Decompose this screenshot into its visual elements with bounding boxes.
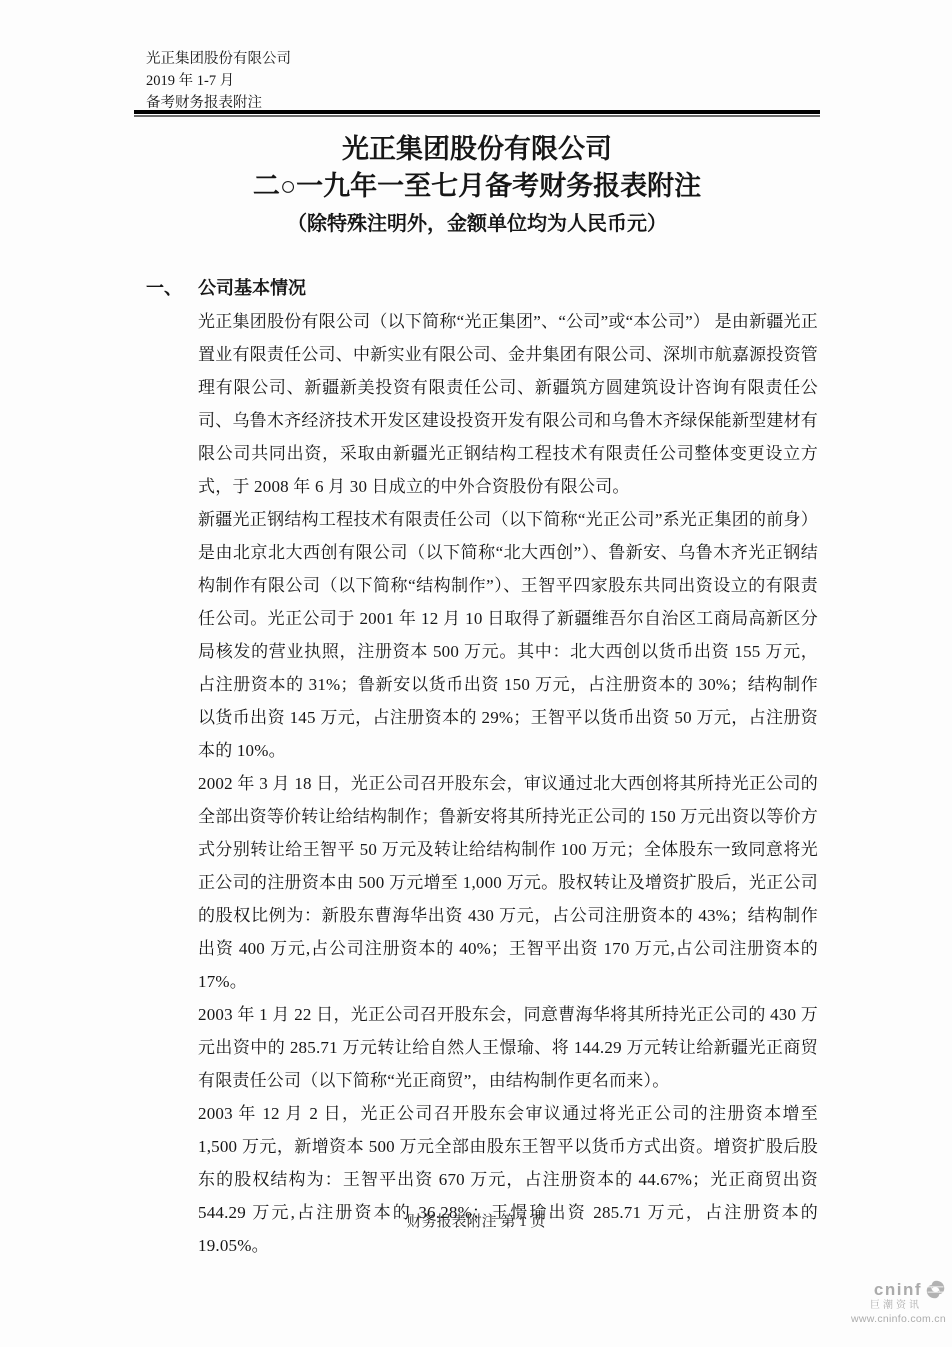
cninfo-chinese-name: 巨潮资讯 <box>826 1300 946 1312</box>
doc-title-company: 光正集团股份有限公司 <box>134 131 820 168</box>
paragraph-company-formation: 光正集团股份有限公司（以下简称“光正集团”、“公司”或“本公司”） 是由新疆光正… <box>198 305 818 503</box>
cninfo-url: www.cninfo.com.cn <box>826 1312 946 1326</box>
section-heading: 一、 公司基本情况 <box>146 272 820 305</box>
header-company-name: 光正集团股份有限公司 <box>146 48 291 70</box>
cninfo-brand-text: cninf <box>874 1280 922 1300</box>
header-report-period: 2019 年 1-7 月 <box>146 70 291 92</box>
doc-currency-note: （除特殊注明外，金额单位均为人民币元） <box>134 208 820 240</box>
doc-title-subtitle: 二○一九年一至七月备考财务报表附注 <box>134 168 820 205</box>
cninfo-brand-row: cninf <box>826 1279 946 1300</box>
paragraph-list: 光正集团股份有限公司（以下简称“光正集团”、“公司”或“本公司”） 是由新疆光正… <box>198 305 818 1262</box>
cninfo-swirl-icon <box>925 1279 946 1300</box>
document-body: 一、 公司基本情况 光正集团股份有限公司（以下简称“光正集团”、“公司”或“本公… <box>146 272 820 1262</box>
header-divider-rule <box>134 110 820 115</box>
page-footer-pagenumber: 财务报表附注 第 1 页 <box>0 1210 952 1231</box>
section-title: 公司基本情况 <box>198 272 306 305</box>
cninfo-watermark: cninf 巨潮资讯 www.cninfo.com.cn <box>826 1279 946 1326</box>
paragraph-2003-jan-transfer: 2003 年 1 月 22 日，光正公司召开股东会，同意曹海华将其所持光正公司的… <box>198 998 818 1097</box>
section-number: 一、 <box>146 272 198 305</box>
running-header: 光正集团股份有限公司 2019 年 1-7 月 备考财务报表附注 <box>146 48 291 114</box>
title-block: 光正集团股份有限公司 二○一九年一至七月备考财务报表附注 （除特殊注明外，金额单… <box>134 131 820 240</box>
paragraph-2002-share-transfer: 2002 年 3 月 18 日，光正公司召开股东会，审议通过北大西创将其所持光正… <box>198 767 818 998</box>
paragraph-predecessor-founding: 新疆光正钢结构工程技术有限责任公司（以下简称“光正公司”系光正集团的前身）是由北… <box>198 503 818 767</box>
paragraph-2003-dec-capital-increase: 2003 年 12 月 2 日，光正公司召开股东会审议通过将光正公司的注册资本增… <box>198 1097 818 1262</box>
document-page: 光正集团股份有限公司 2019 年 1-7 月 备考财务报表附注 光正集团股份有… <box>0 0 952 1347</box>
